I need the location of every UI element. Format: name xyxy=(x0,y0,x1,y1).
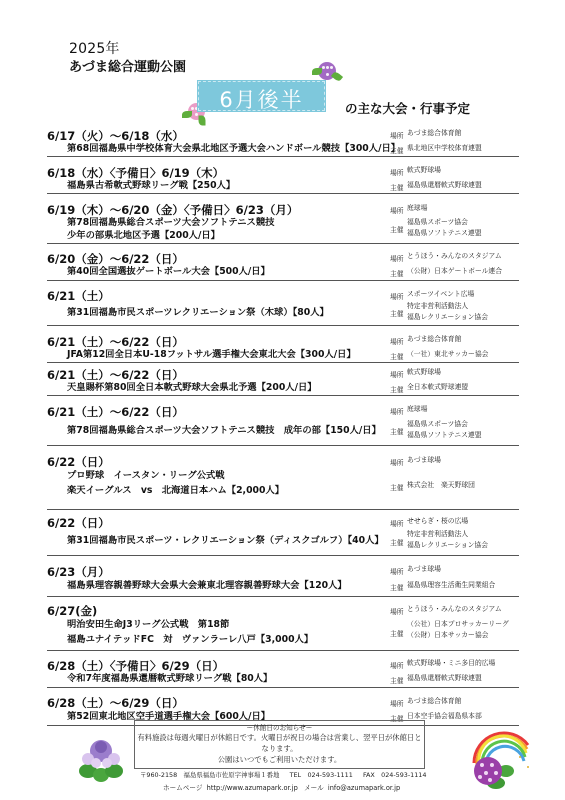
event-title: 福島県理容親善野球大会県大会兼東北理容親善野球大会【120人】 xyxy=(67,579,347,593)
event-title: 天皇賜杯第80回全日本軟式野球大会県北予選【200人/日】 xyxy=(67,381,317,395)
event-organizer-line2: 福島レクリエーション協会 xyxy=(407,312,488,322)
hydrangea-purple-icon xyxy=(318,62,336,80)
event-venue: 庭球場 xyxy=(407,203,427,213)
venue-label: 場所 xyxy=(390,205,404,215)
event-organizer-line2: （公財）日本サッカー協会 xyxy=(407,630,488,640)
event-item: 6/17（火）～6/18（水） 第68回福島県中学校体育大会県北地区予選大会ハン… xyxy=(47,127,519,157)
event-title: プロ野球 イースタン・リーグ公式戦 xyxy=(67,469,225,483)
homepage-link[interactable]: http://www.azumapark.or.jp xyxy=(207,784,298,792)
event-organizer: 福島県スポーツ協会 xyxy=(407,217,468,227)
event-title: JFA第12回全日本U-18フットサル選手権大会東北大会【300人/日】 xyxy=(67,348,356,362)
venue-label: 場所 xyxy=(390,369,404,379)
event-venue: あづま総合体育館 xyxy=(407,128,461,138)
event-title-line2: 少年の部県北地区予選【200人/日】 xyxy=(67,229,220,243)
address: 〒960-2158 福島県福島市佐原字神事場１番地 xyxy=(140,771,279,779)
event-organizer-line2: 福島レクリエーション協会 xyxy=(407,540,488,550)
organizer-label: 主催 xyxy=(390,224,404,234)
event-date: 6/28（土）～6/29（日） xyxy=(47,695,184,711)
event-title: 第40回全国選抜ゲートボール大会【500人/日】 xyxy=(67,265,270,279)
event-organizer: 福島県還暦軟式野球連盟 xyxy=(407,180,482,190)
page-subtitle: の主な大会・行事予定 xyxy=(345,99,470,117)
event-date: 6/22（日） xyxy=(47,454,110,470)
organizer-label: 主催 xyxy=(390,308,404,318)
venue-label: 場所 xyxy=(390,130,404,140)
organizer-label: 主催 xyxy=(390,482,404,492)
event-venue: せせらぎ・桜の広場 xyxy=(407,516,468,526)
organizer-label: 主催 xyxy=(390,582,404,592)
event-organizer-line2: 福島県ソフトテニス連盟 xyxy=(407,430,482,440)
event-title: 福島県古希軟式野球リーグ戦【250人】 xyxy=(67,179,235,193)
event-organizer: （公社）日本プロサッカーリーグ xyxy=(407,619,509,629)
event-organizer: 特定非営利活動法人 xyxy=(407,301,468,311)
notice-body-1: 有料施設は毎週火曜日が休館日です。火曜日が祝日の場合は営業し、翌平日が休館日とな… xyxy=(135,732,424,754)
venue-label: 場所 xyxy=(390,606,404,616)
venue-label: 場所 xyxy=(390,660,404,670)
event-item: 6/21（土）～6/22（日） JFA第12回全日本U-18フットサル選手権大会… xyxy=(47,326,519,363)
event-title: 令和7年度福島県還暦軟式野球リーグ戦【80人】 xyxy=(67,672,272,686)
event-item: 6/21（土）～6/22（日） 第78回福島県総合スポーツ大会ソフトテニス競技 … xyxy=(47,396,519,446)
banner-text: 6月後半 xyxy=(199,84,324,114)
venue-label: 場所 xyxy=(390,698,404,708)
event-venue: あづま球場 xyxy=(407,564,441,574)
event-title: 第31回福島市民スポーツ・レクリエーション祭（ディスクゴルフ）【40人】 xyxy=(67,534,384,548)
event-venue: とうほう・みんなのスタジアム xyxy=(407,604,502,614)
event-organizer: （一社）東北サッカー協会 xyxy=(407,349,488,359)
mail-label: メール xyxy=(304,784,324,792)
event-organizer-line2: 福島県ソフトテニス連盟 xyxy=(407,228,482,238)
event-date: 6/21（土） xyxy=(47,288,110,304)
venue-label: 場所 xyxy=(390,457,404,467)
organizer-label: 主催 xyxy=(390,675,404,685)
event-venue: スポーツイベント広場 xyxy=(407,289,474,299)
contact-line-2: ホームページ http://www.azumapark.or.jp メール in… xyxy=(163,782,400,792)
rainbow-hydrangea-icon xyxy=(468,727,532,791)
event-date: 6/22（日） xyxy=(47,515,110,531)
event-date: 6/23（月） xyxy=(47,564,110,580)
organizer-label: 主催 xyxy=(390,426,404,436)
event-title: 明治安田生命J3リーグ公式戦 第18節 xyxy=(67,618,229,632)
park-name: あづま総合運動公園 xyxy=(69,56,186,75)
event-item: 6/28（土）〈予備日〉6/29（日） 令和7年度福島県還暦軟式野球リーグ戦【8… xyxy=(47,651,519,688)
organizer-label: 主催 xyxy=(390,182,404,192)
event-organizer: 株式会社 楽天野球団 xyxy=(407,480,475,490)
year-label: 2025年 xyxy=(69,38,120,58)
event-item: 6/23（月） 福島県理容親善野球大会県大会兼東北理容親善野球大会【120人】 … xyxy=(47,556,519,597)
event-venue: あづま総合体育館 xyxy=(407,696,461,706)
event-venue: 軟式野球場 xyxy=(407,165,441,175)
event-title: 第78回福島県総合スポーツ大会ソフトテニス競技 成年の部【150人/日】 xyxy=(67,424,381,438)
notice-heading: ー休館日のお知らせー xyxy=(135,722,424,732)
venue-label: 場所 xyxy=(390,406,404,416)
event-title: 第31回福島市民スポーツレクリエーション祭（木球）【80人】 xyxy=(67,306,329,320)
event-item: 6/27(金) 明治安田生命J3リーグ公式戦 第18節 福島ユナイテッドFC 対… xyxy=(47,597,519,651)
event-item: 6/22（日） 第31回福島市民スポーツ・レクリエーション祭（ディスクゴルフ）【… xyxy=(47,510,519,556)
event-organizer: 福島県理容生活衛生同業組合 xyxy=(407,580,495,590)
event-title-line2: 福島ユナイテッドFC 対 ヴァンラーレ八戸【3,000人】 xyxy=(67,633,313,647)
event-item: 6/20（金）～6/22（日） 第40回全国選抜ゲートボール大会【500人/日】… xyxy=(47,244,519,281)
event-title: 第78回福島県総合スポーツ大会ソフトテニス競技 xyxy=(67,216,274,230)
event-organizer: 福島県スポーツ協会 xyxy=(407,419,468,429)
event-organizer: 福島県還暦軟式野球連盟 xyxy=(407,673,482,683)
organizer-label: 主催 xyxy=(390,268,404,278)
mail-link[interactable]: info@azumapark.or.jp xyxy=(328,784,400,792)
venue-label: 場所 xyxy=(390,291,404,301)
venue-label: 場所 xyxy=(390,253,404,263)
venue-label: 場所 xyxy=(390,336,404,346)
event-date: 6/27(金) xyxy=(47,603,97,619)
venue-label: 場所 xyxy=(390,518,404,528)
notice-body-2: 公園はいつでもご利用いただけます。 xyxy=(135,754,424,765)
event-organizer: 全日本軟式野球連盟 xyxy=(407,382,468,392)
organizer-label: 主催 xyxy=(390,351,404,361)
event-item: 6/22（日） プロ野球 イースタン・リーグ公式戦 楽天イーグルス vs 北海道… xyxy=(47,446,519,510)
event-item: 6/21（土） 第31回福島市民スポーツレクリエーション祭（木球）【80人】 場… xyxy=(47,281,519,326)
tel: TEL 024-593-1111 xyxy=(290,771,353,779)
event-venue: 軟式野球場 xyxy=(407,367,441,377)
event-venue: とうほう・みんなのスタジアム xyxy=(407,251,502,261)
event-item: 6/19（木）～6/20（金）〈予備日〉6/23（月） 第78回福島県総合スポー… xyxy=(47,194,519,244)
event-organizer: 特定非営利活動法人 xyxy=(407,529,468,539)
event-organizer: （公財）日本ゲートボール連合 xyxy=(407,266,502,276)
contact-line-1: 〒960-2158 福島県福島市佐原字神事場１番地 TEL 024-593-11… xyxy=(140,770,430,779)
event-title-line2: 楽天イーグルス vs 北海道日本ハム【2,000人】 xyxy=(67,484,284,498)
event-title: 第68回福島県中学校体育大会県北地区予選大会ハンドボール競技【300人/日】 xyxy=(67,142,400,156)
organizer-label: 主催 xyxy=(390,537,404,547)
event-venue: 軟式野球場・ミニ多目的広場 xyxy=(407,658,495,668)
event-date: 6/21（土）～6/22（日） xyxy=(47,404,184,420)
organizer-label: 主催 xyxy=(390,384,404,394)
period-banner: 6月後半 xyxy=(198,81,325,111)
closure-notice: ー休館日のお知らせー 有料施設は毎週火曜日が休館日です。火曜日が祝日の場合は営業… xyxy=(134,720,425,769)
event-item: 6/21（土）～6/22（日） 天皇賜杯第80回全日本軟式野球大会県北予選【20… xyxy=(47,363,519,396)
fax: FAX 024-593-1114 xyxy=(363,771,427,779)
event-venue: あづま球場 xyxy=(407,455,441,465)
event-venue: あづま総合体育館 xyxy=(407,334,461,344)
event-list: 6/17（火）～6/18（水） 第68回福島県中学校体育大会県北地区予選大会ハン… xyxy=(47,127,519,726)
organizer-label: 主催 xyxy=(390,145,404,155)
event-item: 6/18（水）〈予備日〉6/19（木） 福島県古希軟式野球リーグ戦【250人】 … xyxy=(47,157,519,194)
homepage-label: ホームページ xyxy=(163,784,202,792)
event-venue: 庭球場 xyxy=(407,404,427,414)
venue-label: 場所 xyxy=(390,566,404,576)
hydrangea-bouquet-icon xyxy=(76,737,126,782)
organizer-label: 主催 xyxy=(390,628,404,638)
venue-label: 場所 xyxy=(390,167,404,177)
event-organizer: 県北地区中学校体育連盟 xyxy=(407,143,482,153)
